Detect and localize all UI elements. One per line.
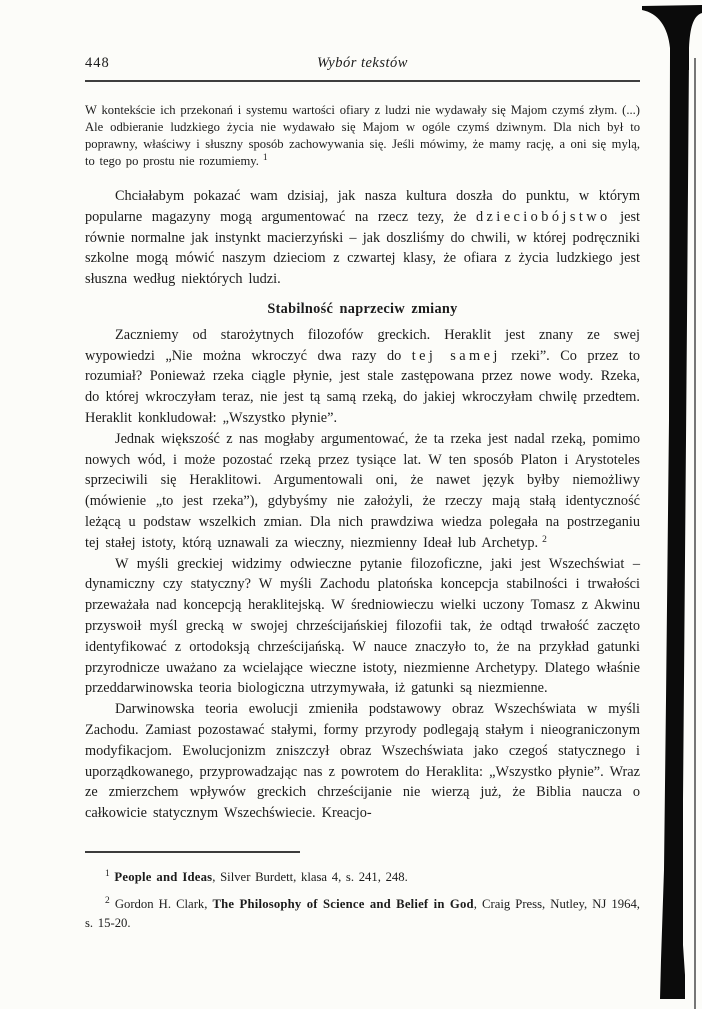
body-text: Chciałabym pokazać wam dzisiaj, jak nasz… [85,186,640,824]
paragraph-2: Zaczniemy od starożytnych filozofów grec… [85,325,640,429]
emphasized-phrase-tej-samej: tej samej [412,348,501,364]
scan-bar [660,55,689,999]
text-column: 448 Wybór tekstów W kontekście ich przek… [85,0,640,824]
footnote-1-marker: 1 [105,869,110,879]
block-quote: W kontekście ich przekonań i systemu war… [85,102,640,170]
book-page: 448 Wybór tekstów W kontekście ich przek… [0,0,702,1009]
footnote-1-title: People and Ideas [114,870,212,884]
footnote-ref-1: 1 [263,153,268,163]
footnote-2-author: Gordon H. Clark, [115,897,213,911]
footnotes-section: 1 People and Ideas, Silver Burdett, klas… [85,851,640,941]
footnote-rule [85,851,300,853]
footnote-2-marker: 2 [105,896,110,906]
scan-edge-line [694,58,696,1009]
paragraph-3-text: Jednak większość z nas mogłaby argumento… [85,431,640,551]
block-quote-text: W kontekście ich przekonań i systemu war… [85,103,640,168]
paragraph-4: W myśli greckiej widzimy odwieczne pytan… [85,554,640,700]
footnote-1: 1 People and Ideas, Silver Burdett, klas… [85,868,640,888]
scan-flare [642,5,702,70]
emphasized-word-dzieciobojstwo: dzieciobójstwo [476,209,611,225]
running-header: 448 Wybór tekstów [85,55,640,73]
footnote-ref-2: 2 [542,535,547,545]
paragraph-5: Darwinowska teoria ewolucji zmieniła pod… [85,699,640,824]
section-heading: Stabilność naprzeciw zmiany [85,299,640,320]
footnote-2: 2 Gordon H. Clark, The Philosophy of Sci… [85,895,640,934]
header-rule [85,80,640,82]
footnote-2-title: The Philosophy of Science and Belief in … [213,897,474,911]
paragraph-3: Jednak większość z nas mogłaby argumento… [85,429,640,554]
footnote-1-rest: , Silver Burdett, klasa 4, s. 241, 248. [212,870,408,884]
running-title: Wybór tekstów [85,55,640,72]
paragraph-1: Chciałabym pokazać wam dzisiaj, jak nasz… [85,186,640,290]
